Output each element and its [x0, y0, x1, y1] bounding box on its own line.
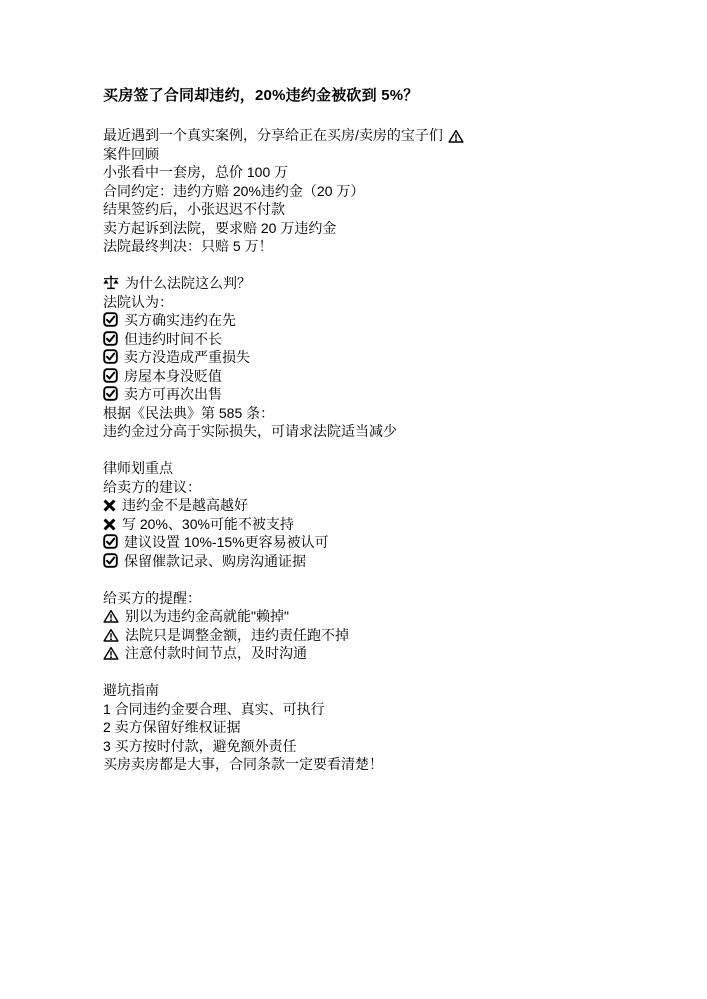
- warning-triangle-icon: [103, 609, 119, 623]
- line-text: 别以为违约金高就能"赖掉": [125, 608, 289, 624]
- text-line: 避坑指南: [103, 681, 663, 700]
- line-text: 小张看中一套房，总价 100 万: [103, 164, 288, 180]
- text-line: 2 卖方保留好维权证据: [103, 718, 663, 737]
- text-line: 保留催款记录、购房沟通证据: [103, 552, 663, 571]
- text-line: 1 合同违约金要合理、真实、可执行: [103, 700, 663, 719]
- text-line: 给买方的提醒：: [103, 589, 663, 608]
- text-line: 卖方可再次出售: [103, 385, 663, 404]
- blank-line: [103, 663, 663, 682]
- checkbox-checked-icon: [103, 331, 118, 346]
- text-line: 为什么法院这么判？: [103, 274, 663, 293]
- text-line: 根据《民法典》第 585 条：: [103, 404, 663, 423]
- line-text: 卖方可再次出售: [124, 386, 222, 402]
- line-text: 写 20%、30%可能不被支持: [122, 516, 294, 532]
- line-text: 违约金过分高于实际损失，可请求法院适当减少: [103, 423, 397, 439]
- text-line: 别以为违约金高就能"赖掉": [103, 607, 663, 626]
- line-text: 法院认为：: [103, 294, 173, 310]
- line-text: 保留催款记录、购房沟通证据: [124, 553, 306, 569]
- line-text: 建议设置 10%-15%更容易被认可: [124, 534, 329, 550]
- text-line: 案件回顾: [103, 145, 663, 164]
- checkbox-checked-icon: [103, 553, 118, 568]
- warning-triangle-icon: [103, 628, 119, 642]
- text-line: 合同约定：违约方赔 20%违约金（20 万）: [103, 182, 663, 201]
- line-text: 合同约定：违约方赔 20%违约金（20 万）: [103, 183, 364, 199]
- line-text: 注意付款时间节点，及时沟通: [125, 645, 307, 661]
- scales-of-justice-icon: [103, 275, 119, 290]
- line-text: 违约金不是越高越好: [122, 497, 248, 513]
- line-text: 买房卖房都是大事，合同条款一定要看清楚！: [103, 756, 383, 772]
- line-text: 房屋本身没贬值: [124, 368, 222, 384]
- text-line: 违约金不是越高越好: [103, 496, 663, 515]
- line-text: 律师划重点: [103, 460, 173, 476]
- text-line: 给卖方的建议：: [103, 478, 663, 497]
- checkbox-checked-icon: [103, 386, 118, 401]
- checkbox-checked-icon: [103, 368, 118, 383]
- checkbox-checked-icon: [103, 312, 118, 327]
- text-line: 买房卖房都是大事，合同条款一定要看清楚！: [103, 755, 663, 774]
- heavy-x-icon: [103, 518, 116, 531]
- checkbox-checked-icon: [103, 534, 118, 549]
- line-text: 1 合同违约金要合理、真实、可执行: [103, 701, 325, 717]
- text-line: 法院认为：: [103, 293, 663, 312]
- line-text: 案件回顾: [103, 146, 159, 162]
- line-text: 结果签约后，小张迟迟不付款: [103, 201, 285, 217]
- text-line: 卖方起诉到法院，要求赔 20 万违约金: [103, 219, 663, 238]
- line-text: 但违约时间不长: [124, 331, 222, 347]
- line-text: 最近遇到一个真实案例，分享给正在买房/卖房的宝子们: [103, 127, 443, 143]
- text-line: 小张看中一套房，总价 100 万: [103, 163, 663, 182]
- line-text: 卖方起诉到法院，要求赔 20 万违约金: [103, 220, 336, 236]
- text-line: 注意付款时间节点，及时沟通: [103, 644, 663, 663]
- heavy-x-icon: [103, 499, 116, 512]
- document-title: 买房签了合同却违约，20%违约金被砍到 5%？: [103, 86, 663, 105]
- text-line: 房屋本身没贬值: [103, 367, 663, 386]
- text-line: 法院最终判决：只赔 5 万！: [103, 237, 663, 256]
- blank-line: [103, 256, 663, 275]
- text-line: 卖方没造成严重损失: [103, 348, 663, 367]
- document-page: 买房签了合同却违约，20%违约金被砍到 5%？ 最近遇到一个真实案例，分享给正在…: [103, 86, 663, 774]
- text-line: 建议设置 10%-15%更容易被认可: [103, 533, 663, 552]
- line-text: 卖方没造成严重损失: [124, 349, 250, 365]
- blank-line: [103, 570, 663, 589]
- text-line: 3 买方按时付款，避免额外责任: [103, 737, 663, 756]
- line-text: 2 卖方保留好维权证据: [103, 719, 241, 735]
- line-text: 法院只是调整金额，违约责任跑不掉: [125, 627, 349, 643]
- line-text: 给买方的提醒：: [103, 590, 201, 606]
- text-line: 最近遇到一个真实案例，分享给正在买房/卖房的宝子们: [103, 126, 663, 145]
- text-line: 违约金过分高于实际损失，可请求法院适当减少: [103, 422, 663, 441]
- checkbox-checked-icon: [103, 349, 118, 364]
- line-text: 买方确实违约在先: [124, 312, 236, 328]
- text-line: 法院只是调整金额，违约责任跑不掉: [103, 626, 663, 645]
- text-line: 买方确实违约在先: [103, 311, 663, 330]
- line-text: 避坑指南: [103, 682, 159, 698]
- line-text: 法院最终判决：只赔 5 万！: [103, 238, 273, 254]
- line-text: 根据《民法典》第 585 条：: [103, 405, 274, 421]
- line-text: 3 买方按时付款，避免额外责任: [103, 738, 297, 754]
- text-line: 但违约时间不长: [103, 330, 663, 349]
- line-text: 给卖方的建议：: [103, 479, 201, 495]
- text-line: 律师划重点: [103, 459, 663, 478]
- text-line: 写 20%、30%可能不被支持: [103, 515, 663, 534]
- blank-line: [103, 441, 663, 460]
- warning-triangle-icon: [103, 646, 119, 660]
- text-line: 结果签约后，小张迟迟不付款: [103, 200, 663, 219]
- line-text: 为什么法院这么判？: [125, 275, 251, 291]
- warning-triangle-icon: [448, 129, 464, 143]
